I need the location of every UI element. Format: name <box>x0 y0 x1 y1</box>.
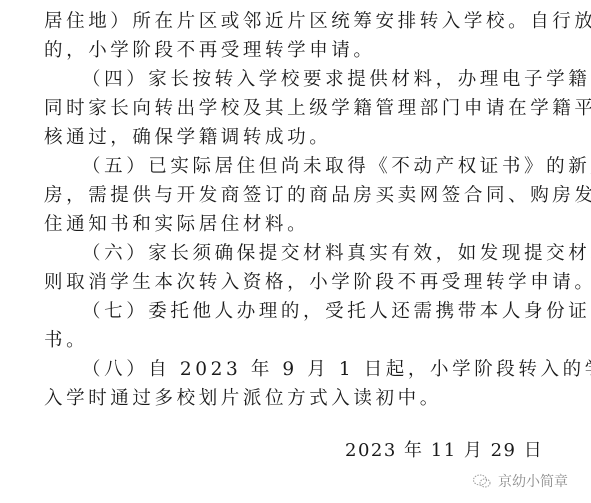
document-date: 2023 年 11 月 29 日 <box>345 440 543 462</box>
document-page: 居住地）所在片区或邻近片区统筹安排转入学校。自行放弃转入 的，小学阶段不再受理转… <box>0 0 591 503</box>
paragraph-line-item-8: （八）自 2023 年 9 月 1 日起，小学阶段转入的学生，初中 <box>82 359 544 381</box>
paragraph-line: 居住地）所在片区或邻近片区统筹安排转入学校。自行放弃转入 <box>44 11 544 33</box>
paragraph-line: 入学时通过多校划片派位方式入读初中。 <box>44 388 544 410</box>
paragraph-line: 同时家长向转出学校及其上级学籍管理部门申请在学籍平台审 <box>44 98 544 120</box>
paragraph-line-item-6: （六）家长须确保提交材料真实有效，如发现提交材料不实， <box>82 243 544 265</box>
watermark: 京幼小简章 <box>472 470 568 492</box>
paragraph-line: 则取消学生本次转入资格，小学阶段不再受理转学申请。 <box>44 272 544 294</box>
watermark-label: 京幼小简章 <box>498 471 568 491</box>
paragraph-line: 住通知书和实际居住材料。 <box>44 214 544 236</box>
paragraph-line: 核通过，确保学籍调转成功。 <box>44 127 544 149</box>
paragraph-line: 的，小学阶段不再受理转学申请。 <box>44 40 544 62</box>
paragraph-line-item-5: （五）已实际居住但尚未取得《不动产权证书》的新建商品 <box>82 156 544 178</box>
paragraph-line-item-7: （七）委托他人办理的，受托人还需携带本人身份证、委托 <box>82 301 544 323</box>
wechat-icon <box>472 473 492 489</box>
paragraph-line: 房，需提供与开发商签订的商品房买卖网签合同、购房发票、入 <box>44 185 544 207</box>
paragraph-line: 书。 <box>44 330 544 352</box>
paragraph-line-item-4: （四）家长按转入学校要求提供材料，办理电子学籍流转， <box>82 69 544 91</box>
